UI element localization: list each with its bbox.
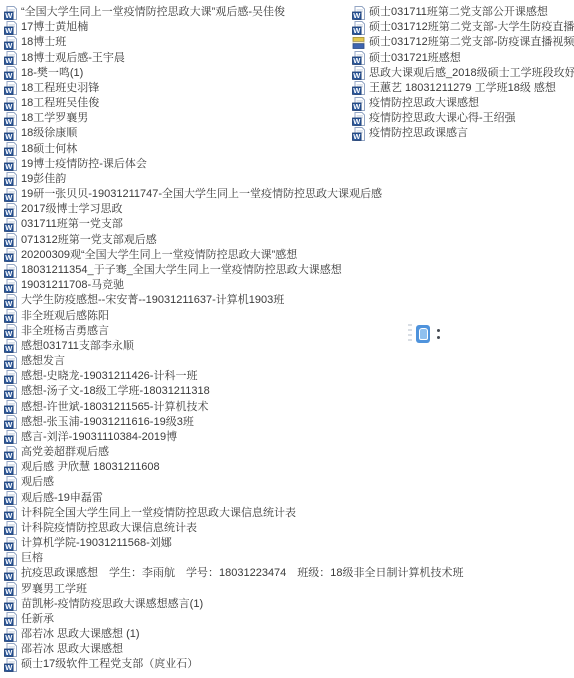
file-item[interactable]: W思政大课观后感_2018级硕士工学班段玫妤 [352,66,574,81]
word-document-icon: W [4,97,17,111]
file-name: 18工学罗襄男 [21,111,88,126]
file-name: 计科院疫情防控思政大课信息统计表 [21,521,197,536]
file-item[interactable]: W观后感 [4,475,464,490]
file-name: 19彭佳韵 [21,172,66,187]
file-name: 观后感 尹欣慧 18031211608 [21,460,160,475]
file-name: 思政大课观后感_2018级硕士工学班段玫妤 [369,66,574,81]
word-document-icon: W [4,506,17,520]
word-document-icon: W [4,521,17,535]
svg-text:W: W [5,26,13,35]
svg-text:W: W [353,132,361,141]
file-name: 感想-张玉浦-19031211616-19级3班 [21,415,194,430]
file-item[interactable]: W疫情防控思政课感言 [352,126,574,141]
file-name: 巨榕 [21,551,43,566]
svg-text:W: W [5,117,13,126]
file-name: “全国大学生同上一堂疫情防控思政大课”观后感-吴佳俊 [21,5,285,20]
svg-text:W: W [5,390,13,399]
svg-text:W: W [5,451,13,460]
file-name: 疫情防控思政大课感想 [369,96,479,111]
word-document-icon: W [4,552,17,566]
word-document-icon: W [4,658,17,672]
svg-text:W: W [5,162,13,171]
file-name: 18031211354_于子骞_全国大学生同上一堂疫情防控思政大课感想 [21,263,342,278]
word-document-icon: W [352,6,365,20]
floating-assistant-icon[interactable] [416,325,430,343]
file-name: 罗襄男工学班 [21,582,87,597]
svg-text:W: W [5,663,13,672]
word-document-icon: W [4,597,17,611]
svg-text:W: W [5,602,13,611]
file-item[interactable]: W罗襄男工学班 [4,582,464,597]
file-item[interactable]: W19彭佳韵 [4,172,464,187]
svg-text:W: W [5,587,13,596]
word-document-icon: W [4,339,17,353]
word-document-icon: W [352,51,365,65]
svg-text:W: W [5,466,13,475]
file-name: 大学生防疫感想--宋安菁--19031211637-计算机1903班 [21,293,284,308]
floating-assistant-widget [408,324,440,344]
word-document-icon: W [4,628,17,642]
file-item[interactable]: W观后感-19申磊雷 [4,491,464,506]
word-document-icon: W [4,188,17,202]
svg-text:W: W [353,56,361,65]
file-name: 硕士031721班感想 [369,51,461,66]
file-name: 苗凯彬-疫情防疫思政大课感想感言(1) [21,597,203,612]
file-name: 观后感-19申磊雷 [21,491,103,506]
word-document-icon: W [4,6,17,20]
archive-icon [352,36,365,50]
file-item[interactable]: W感想031711支部李永顺 [4,339,464,354]
word-document-icon: W [4,309,17,323]
word-document-icon: W [4,385,17,399]
svg-text:W: W [5,269,13,278]
svg-text:W: W [5,11,13,20]
file-item[interactable]: W疫情防控思政大课感想 [352,96,574,111]
file-name: 感想发言 [21,354,65,369]
file-name: 18-樊一鸣(1) [21,66,83,81]
file-name: 感想031711支部李永顺 [21,339,134,354]
svg-text:W: W [5,557,13,566]
svg-text:W: W [5,633,13,642]
word-document-icon: W [4,203,17,217]
file-name: 计算机学院-19031211568-刘娜 [21,536,172,551]
file-item[interactable]: W18031211354_于子骞_全国大学生同上一堂疫情防控思政大课感想 [4,263,464,278]
svg-text:W: W [5,193,13,202]
svg-text:W: W [5,420,13,429]
word-document-icon: W [4,172,17,186]
word-document-icon: W [4,248,17,262]
file-name: 18级徐康顺 [21,126,77,141]
word-document-icon: W [4,51,17,65]
word-document-icon: W [4,218,17,232]
word-document-icon: W [4,370,17,384]
svg-text:W: W [5,527,13,536]
word-document-icon: W [4,112,17,126]
file-item[interactable]: W巨榕 [4,551,464,566]
word-document-icon: W [4,612,17,626]
file-name: 18工程班吴佳俊 [21,96,99,111]
file-item[interactable]: W感想-汤子文-18级工学班-18031211318 [4,384,464,399]
file-item[interactable]: W感想发言 [4,354,464,369]
word-document-icon: W [352,127,365,141]
word-document-icon: W [4,233,17,247]
word-document-icon: W [4,294,17,308]
svg-text:W: W [5,375,13,384]
svg-text:W: W [5,314,13,323]
file-item[interactable]: W计算机学院-19031211568-刘娜 [4,536,464,551]
svg-text:W: W [5,238,13,247]
file-name: 非全班杨吉勇感言 [21,324,109,339]
file-item[interactable]: W18硕士何林 [4,142,464,157]
file-name: 031711班第一党支部 [21,217,123,232]
word-document-icon: W [4,66,17,80]
file-item[interactable]: W观后感 尹欣慧 18031211608 [4,460,464,475]
file-list-right-column: W硕士031711班第二党支部公开课感想W硕士031712班第二党支部-大学生防… [352,5,574,142]
file-name: 邵若冰 思政大课感想 [21,642,123,657]
file-item[interactable]: W邵若冰 思政大课感想 [4,642,464,657]
file-name: 18博士班 [21,35,66,50]
svg-text:W: W [5,178,13,187]
file-name: 感想-许世斌-18031211565-计算机技术 [21,400,208,415]
file-name: 20200309观“全国大学生同上一堂疫情防控思政大课”感想 [21,248,297,263]
file-item[interactable]: W硕士031721班感想 [352,51,574,66]
svg-text:W: W [5,102,13,111]
file-name: 抗疫思政课感想 学生：李雨航 学号：18031223474 班级：18级非全日制… [21,566,464,581]
file-name: 感言-刘洋-19031110384-2019博 [21,430,177,445]
word-document-icon: W [4,582,17,596]
word-document-icon: W [4,127,17,141]
dotted-edge-decoration [408,324,412,344]
file-item[interactable]: W071312班第一党支部观后感 [4,233,464,248]
svg-text:W: W [353,87,361,96]
svg-text:W: W [5,405,13,414]
svg-text:W: W [5,648,13,657]
file-name: 疫情防控思政大课心得-王绍强 [369,111,516,126]
file-item[interactable]: W高党姜超群观后感 [4,445,464,460]
word-document-icon: W [4,446,17,460]
word-document-icon: W [4,430,17,444]
svg-text:W: W [5,481,13,490]
word-document-icon: W [4,567,17,581]
vertical-dots-icon[interactable] [437,329,440,339]
file-item[interactable]: W感想-许世斌-18031211565-计算机技术 [4,399,464,414]
file-name: 非全班观后感陈阳 [21,309,109,324]
word-document-icon: W [352,81,365,95]
word-document-icon: W [4,157,17,171]
file-name: 感想-史晓龙-19031211426-计科一班 [21,369,197,384]
word-document-icon: W [4,279,17,293]
file-item[interactable]: W抗疫思政课感想 学生：李雨航 学号：18031223474 班级：18级非全日… [4,566,464,581]
file-name: 071312班第一党支部观后感 [21,233,157,248]
file-item[interactable]: W硕士031711班第二党支部公开课感想 [352,5,574,20]
file-name: 硕士17级软件工程党支部（庹业石） [21,657,198,672]
file-item[interactable]: W2017级博士学习思政 [4,202,464,217]
file-item[interactable]: W20200309观“全国大学生同上一堂疫情防控思政大课”感想 [4,248,464,263]
file-item[interactable]: W19031211708-马竞驰 [4,278,464,293]
file-name: 任新承 [21,612,54,627]
file-item[interactable]: W计科院疫情防控思政大课信息统计表 [4,521,464,536]
word-document-icon: W [352,66,365,80]
svg-text:W: W [5,223,13,232]
svg-text:W: W [5,436,13,445]
svg-text:W: W [5,147,13,156]
svg-text:W: W [5,254,13,263]
file-name: 19研一张贝贝-19031211747-全国大学生同上一堂疫情防控思政大课观后感 [21,187,382,202]
word-document-icon: W [4,476,17,490]
file-name: 邵若冰 思政大课感想 (1) [21,627,140,642]
word-document-icon: W [4,643,17,657]
assistant-glyph-icon [419,328,428,340]
file-name: 硕士031712班第二党支部-大学生防疫直播学习感想 [369,20,574,35]
word-document-icon: W [4,81,17,95]
file-name: 感想-汤子文-18级工学班-18031211318 [21,384,210,399]
file-item[interactable]: 硕士031712班第二党支部-防疫课直播视频学习照片 [352,35,574,50]
file-item[interactable]: W非全班观后感陈阳 [4,308,464,323]
word-document-icon: W [352,112,365,126]
svg-text:W: W [353,26,361,35]
file-item[interactable]: W邵若冰 思政大课感想 (1) [4,627,464,642]
word-document-icon: W [352,97,365,111]
word-document-icon: W [4,537,17,551]
file-name: 疫情防控思政课感言 [369,126,468,141]
file-item[interactable]: W19研一张贝贝-19031211747-全国大学生同上一堂疫情防控思政大课观后… [4,187,464,202]
file-name: 19博士疫情防控-课后体会 [21,157,147,172]
file-item[interactable]: W硕士17级软件工程党支部（庹业石） [4,657,464,672]
svg-text:W: W [353,11,361,20]
svg-text:W: W [5,572,13,581]
svg-text:W: W [5,496,13,505]
svg-text:W: W [5,87,13,96]
file-name: 高党姜超群观后感 [21,445,109,460]
file-name: 18工程班史羽锋 [21,81,99,96]
word-document-icon: W [4,21,17,35]
svg-text:W: W [5,360,13,369]
file-name: 17博士黄旭楠 [21,20,88,35]
word-document-icon: W [4,324,17,338]
svg-text:W: W [353,117,361,126]
svg-text:W: W [5,56,13,65]
file-item[interactable]: W031711班第一党支部 [4,217,464,232]
word-document-icon: W [4,36,17,50]
file-name: 硕士031712班第二党支部-防疫课直播视频学习照片 [369,35,574,50]
svg-text:W: W [5,41,13,50]
svg-text:W: W [353,71,361,80]
file-item[interactable]: W硕士031712班第二党支部-大学生防疫直播学习感想 [352,20,574,35]
svg-text:W: W [5,511,13,520]
file-name: 18硕士何林 [21,142,77,157]
file-name: 18博士观后感-王宇晨 [21,51,125,66]
file-item[interactable]: W感想-张玉浦-19031211616-19级3班 [4,415,464,430]
file-item[interactable]: W任新承 [4,612,464,627]
svg-text:W: W [5,345,13,354]
file-name: 计科院全国大学生同上一堂疫情防控思政大课信息统计表 [21,506,296,521]
file-item[interactable]: W感言-刘洋-19031110384-2019博 [4,430,464,445]
word-document-icon: W [4,264,17,278]
file-item[interactable]: W大学生防疫感想--宋安菁--19031211637-计算机1903班 [4,293,464,308]
file-item[interactable]: W非全班杨吉勇感言 [4,324,464,339]
file-name: 王蕙艺 18031211279 工学班18级 感想 [369,81,556,96]
word-document-icon: W [4,400,17,414]
word-document-icon: W [4,355,17,369]
svg-text:W: W [353,102,361,111]
file-item[interactable]: W19博士疫情防控-课后体会 [4,157,464,172]
svg-text:W: W [5,208,13,217]
file-item[interactable]: W计科院全国大学生同上一堂疫情防控思政大课信息统计表 [4,506,464,521]
svg-text:W: W [5,329,13,338]
file-name: 2017级博士学习思政 [21,202,122,217]
svg-text:W: W [5,542,13,551]
word-document-icon: W [4,415,17,429]
svg-text:W: W [5,71,13,80]
word-document-icon: W [4,461,17,475]
file-name: 19031211708-马竞驰 [21,278,124,293]
word-document-icon: W [352,21,365,35]
file-item[interactable]: W苗凯彬-疫情防疫思政大课感想感言(1) [4,597,464,612]
svg-text:W: W [5,132,13,141]
file-name: 观后感 [21,475,54,490]
file-name: 硕士031711班第二党支部公开课感想 [369,5,548,20]
file-item[interactable]: W王蕙艺 18031211279 工学班18级 感想 [352,81,574,96]
file-item[interactable]: W感想-史晓龙-19031211426-计科一班 [4,369,464,384]
word-document-icon: W [4,142,17,156]
word-document-icon: W [4,491,17,505]
svg-text:W: W [5,299,13,308]
svg-text:W: W [5,284,13,293]
file-item[interactable]: W疫情防控思政大课心得-王绍强 [352,111,574,126]
svg-text:W: W [5,618,13,627]
